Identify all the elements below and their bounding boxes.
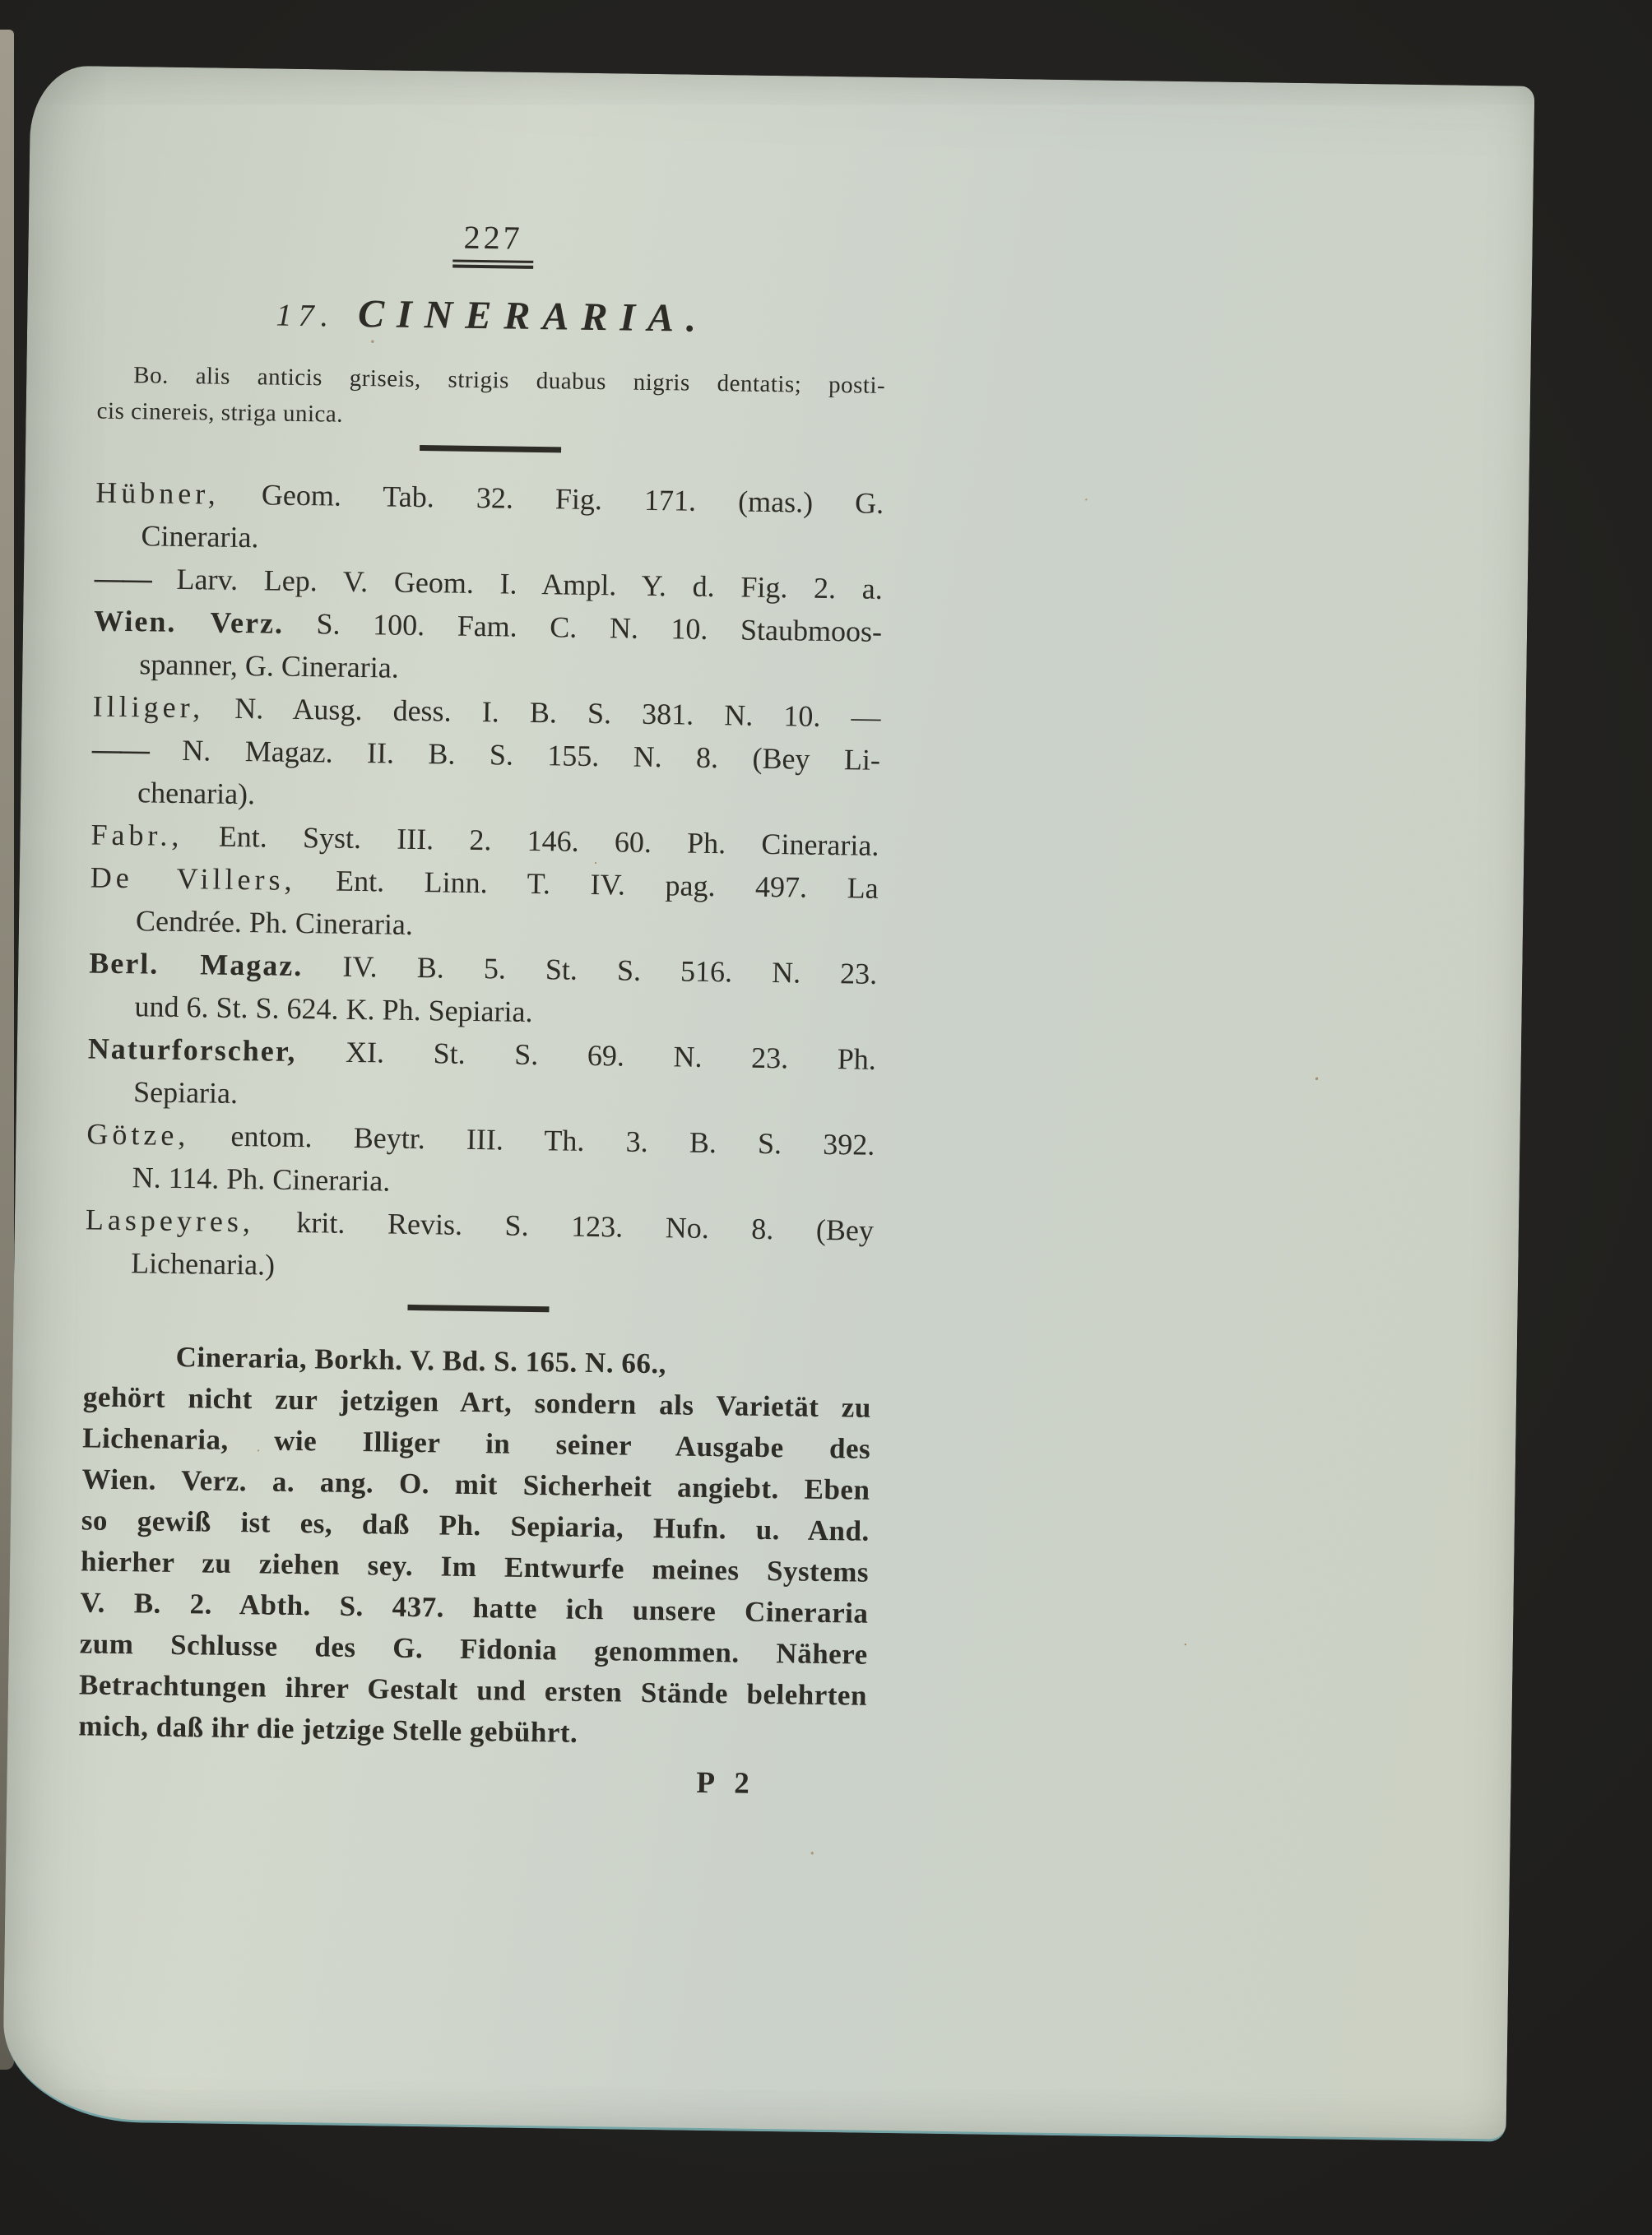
citation-text: N. Magaz. II. B. S. 155. N. 8. (Bey Li-: [182, 734, 880, 777]
species-name: CINERARIA.: [358, 292, 709, 341]
author-name: Laspeyres,: [86, 1203, 254, 1238]
separator-rule: [407, 1305, 549, 1312]
page-number-rule: [452, 260, 533, 269]
citation-text: Geom. Tab. 32. Fig. 171. (mas.) G.: [262, 478, 884, 520]
author-name: Illiger,: [92, 689, 204, 724]
ditto-dash: ——: [92, 732, 149, 766]
author-name: Hübner,: [95, 476, 220, 511]
folio-block: 227: [99, 215, 888, 274]
species-index: 17.: [276, 299, 335, 334]
bibliography-entry: Götze, entom. Beytr. III. Th. 3. B. S. 3…: [86, 1112, 875, 1208]
book-page: 227 17.CINERARIA. Bo. alis anticis grise…: [2, 65, 1535, 2141]
citation-text: Ent. Linn. T. IV. pag. 497. La: [336, 865, 879, 905]
author-name: De Villers,: [90, 860, 295, 896]
bibliography-entry: Hübner, Geom. Tab. 32. Fig. 171. (mas.) …: [95, 471, 884, 568]
citation-text: Ent. Syst. III. 2. 146. 60. Ph. Cinerari…: [218, 820, 879, 862]
page-number: 227: [99, 215, 888, 262]
bibliography-entry: Wien. Verz. S. 100. Fam. C. N. 10. Staub…: [93, 599, 882, 695]
bibliography-entry: De Villers, Ent. Linn. T. IV. pag. 497. …: [90, 856, 879, 952]
source-name: Wien. Verz.: [94, 604, 284, 639]
citation-text: N. Ausg. dess. I. B. S. 381. N. 10. —: [234, 692, 881, 734]
author-name: Götze,: [86, 1117, 190, 1152]
bibliography-entry: —— N. Magaz. II. B. S. 155. N. 8. (Bey L…: [91, 727, 880, 823]
citation-text: IV. B. 5. St. S. 516. N. 23.: [342, 950, 877, 990]
citation-text: XI. St. S. 69. N. 23. Ph.: [346, 1036, 876, 1076]
source-name: Naturforscher,: [88, 1032, 297, 1068]
text-column: 227 17.CINERARIA. Bo. alis anticis grise…: [77, 190, 888, 1803]
separator-rule: [420, 445, 561, 452]
citation-text: krit. Revis. S. 123. No. 8. (Bey: [296, 1206, 874, 1247]
bibliography-entry: Laspeyres, krit. Revis. S. 123. No. 8. (…: [85, 1198, 874, 1294]
citation-text: S. 100. Fam. C. N. 10. Staubmoos-: [316, 607, 882, 648]
commentary-paragraph: Cineraria, Borkh. V. Bd. S. 165. N. 66.,…: [78, 1335, 872, 1757]
latin-diagnosis: Bo. alis anticis griseis, strigis duabus…: [96, 357, 885, 440]
signature-mark: P 2: [77, 1756, 866, 1802]
bibliography-entry: Naturforscher, XI. St. S. 69. N. 23. Ph.…: [87, 1027, 876, 1123]
bibliography-list: Hübner, Geom. Tab. 32. Fig. 171. (mas.) …: [85, 471, 884, 1295]
bibliography-entry: Berl. Magaz. IV. B. 5. St. S. 516. N. 23…: [88, 941, 877, 1037]
ditto-dash: ——: [95, 562, 151, 596]
citation-text: Larv. Lep. V. Geom. I. Ampl. Y. d. Fig. …: [176, 563, 883, 605]
species-heading: 17.CINERARIA.: [98, 288, 887, 348]
scanned-book-page-photo: { "folio": { "number": "227" }, "heading…: [0, 0, 1652, 2235]
citation-text: entom. Beytr. III. Th. 3. B. S. 392.: [230, 1120, 875, 1162]
author-name: Fabr.,: [90, 818, 183, 852]
source-name: Berl. Magaz.: [89, 946, 304, 982]
